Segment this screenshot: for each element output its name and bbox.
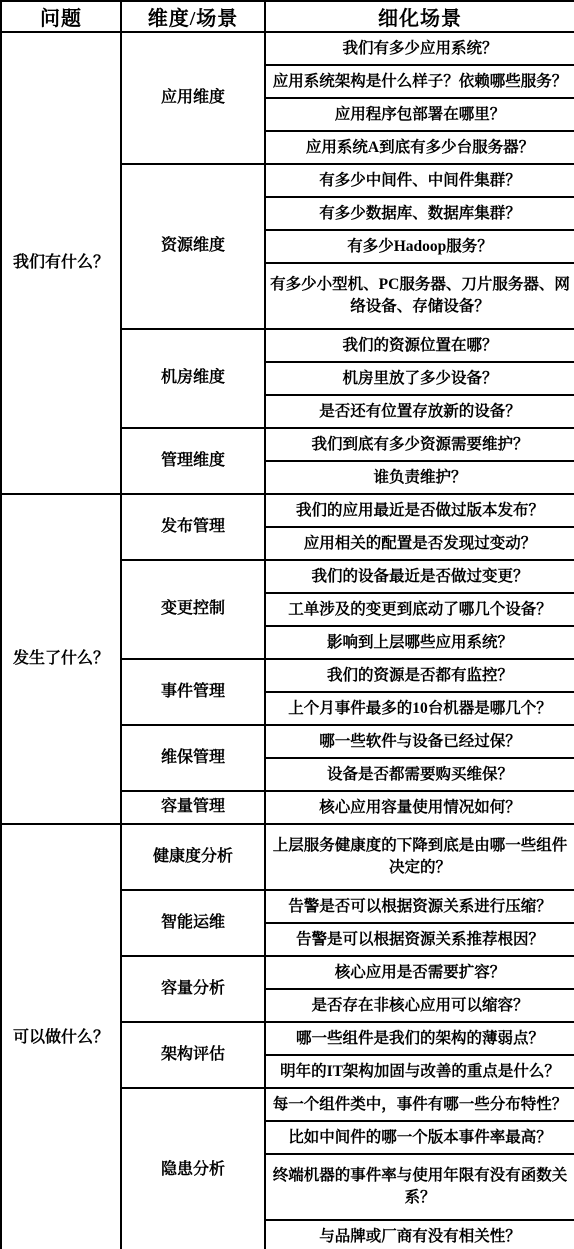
scenario-cell: 上个月事件最多的10台机器是哪几个？ xyxy=(265,692,574,725)
table-row: 可以做什么？健康度分析上层服务健康度的下降到底是由哪一些组件决定的？ xyxy=(1,824,574,890)
table-row: 我们有什么？应用维度我们有多少应用系统？ xyxy=(1,32,574,65)
question-cell: 发生了什么？ xyxy=(1,494,121,824)
scenario-cell: 有多少小型机、PC服务器、刀片服务器、网络设备、存储设备？ xyxy=(265,263,574,329)
scenario-cell: 设备是否都需要购买维保？ xyxy=(265,758,574,791)
header-scenario: 细化场景 xyxy=(265,1,574,32)
dimension-cell: 资源维度 xyxy=(121,164,265,329)
dimension-cell: 容量管理 xyxy=(121,791,265,824)
scenario-cell: 应用系统A到底有多少台服务器？ xyxy=(265,131,574,164)
dimension-cell: 变更控制 xyxy=(121,560,265,659)
scenario-cell: 有多少Hadoop服务？ xyxy=(265,230,574,263)
dimension-cell: 发布管理 xyxy=(121,494,265,560)
scenario-cell: 明年的IT架构加固与改善的重点是什么？ xyxy=(265,1055,574,1088)
scenario-cell: 上层服务健康度的下降到底是由哪一些组件决定的？ xyxy=(265,824,574,890)
scenario-cell: 是否存在非核心应用可以缩容？ xyxy=(265,989,574,1022)
scenario-cell: 有多少数据库、数据库集群？ xyxy=(265,197,574,230)
table-row: 发生了什么？发布管理我们的应用最近是否做过版本发布？ xyxy=(1,494,574,527)
scenario-cell: 我们的资源是否都有监控？ xyxy=(265,659,574,692)
scenario-cell: 终端机器的事件率与使用年限有没有函数关系？ xyxy=(265,1154,574,1220)
scenario-cell: 影响到上层哪些应用系统？ xyxy=(265,626,574,659)
scenario-matrix-table: 问题 维度/场景 细化场景 我们有什么？应用维度我们有多少应用系统？应用系统架构… xyxy=(0,0,574,1249)
scenario-cell: 告警是可以根据资源关系推荐根因？ xyxy=(265,923,574,956)
document-page: 问题 维度/场景 细化场景 我们有什么？应用维度我们有多少应用系统？应用系统架构… xyxy=(0,0,574,1249)
scenario-cell: 哪一些软件与设备已经过保？ xyxy=(265,725,574,758)
scenario-cell: 应用相关的配置是否发现过变动？ xyxy=(265,527,574,560)
question-cell: 可以做什么？ xyxy=(1,824,121,1249)
scenario-cell: 我们的应用最近是否做过版本发布？ xyxy=(265,494,574,527)
scenario-cell: 哪一些组件是我们的架构的薄弱点？ xyxy=(265,1022,574,1055)
dimension-cell: 容量分析 xyxy=(121,956,265,1022)
dimension-cell: 智能运维 xyxy=(121,890,265,956)
scenario-cell: 是否还有位置存放新的设备？ xyxy=(265,395,574,428)
dimension-cell: 事件管理 xyxy=(121,659,265,725)
dimension-cell: 架构评估 xyxy=(121,1022,265,1088)
dimension-cell: 机房维度 xyxy=(121,329,265,428)
question-cell: 我们有什么？ xyxy=(1,32,121,494)
scenario-cell: 谁负责维护？ xyxy=(265,461,574,494)
scenario-cell: 与品牌或厂商有没有相关性？ xyxy=(265,1220,574,1249)
dimension-cell: 应用维度 xyxy=(121,32,265,164)
dimension-cell: 管理维度 xyxy=(121,428,265,494)
scenario-cell: 我们到底有多少资源需要维护？ xyxy=(265,428,574,461)
scenario-cell: 每一个组件类中，事件有哪一些分布特性？ xyxy=(265,1088,574,1121)
scenario-cell: 我们的资源位置在哪？ xyxy=(265,329,574,362)
table-body: 我们有什么？应用维度我们有多少应用系统？应用系统架构是什么样子？依赖哪些服务？应… xyxy=(1,32,574,1249)
dimension-cell: 健康度分析 xyxy=(121,824,265,890)
scenario-cell: 机房里放了多少设备？ xyxy=(265,362,574,395)
scenario-cell: 我们的设备最近是否做过变更？ xyxy=(265,560,574,593)
header-dimension: 维度/场景 xyxy=(121,1,265,32)
scenario-cell: 比如中间件的哪一个版本事件率最高？ xyxy=(265,1121,574,1154)
dimension-cell: 隐患分析 xyxy=(121,1088,265,1249)
header-row: 问题 维度/场景 细化场景 xyxy=(1,1,574,32)
scenario-cell: 应用系统架构是什么样子？依赖哪些服务？ xyxy=(265,65,574,98)
scenario-cell: 应用程序包部署在哪里？ xyxy=(265,98,574,131)
scenario-cell: 有多少中间件、中间件集群？ xyxy=(265,164,574,197)
dimension-cell: 维保管理 xyxy=(121,725,265,791)
scenario-cell: 工单涉及的变更到底动了哪几个设备？ xyxy=(265,593,574,626)
scenario-cell: 核心应用是否需要扩容？ xyxy=(265,956,574,989)
scenario-cell: 告警是否可以根据资源关系进行压缩？ xyxy=(265,890,574,923)
scenario-cell: 我们有多少应用系统？ xyxy=(265,32,574,65)
scenario-cell: 核心应用容量使用情况如何？ xyxy=(265,791,574,824)
header-question: 问题 xyxy=(1,1,121,32)
